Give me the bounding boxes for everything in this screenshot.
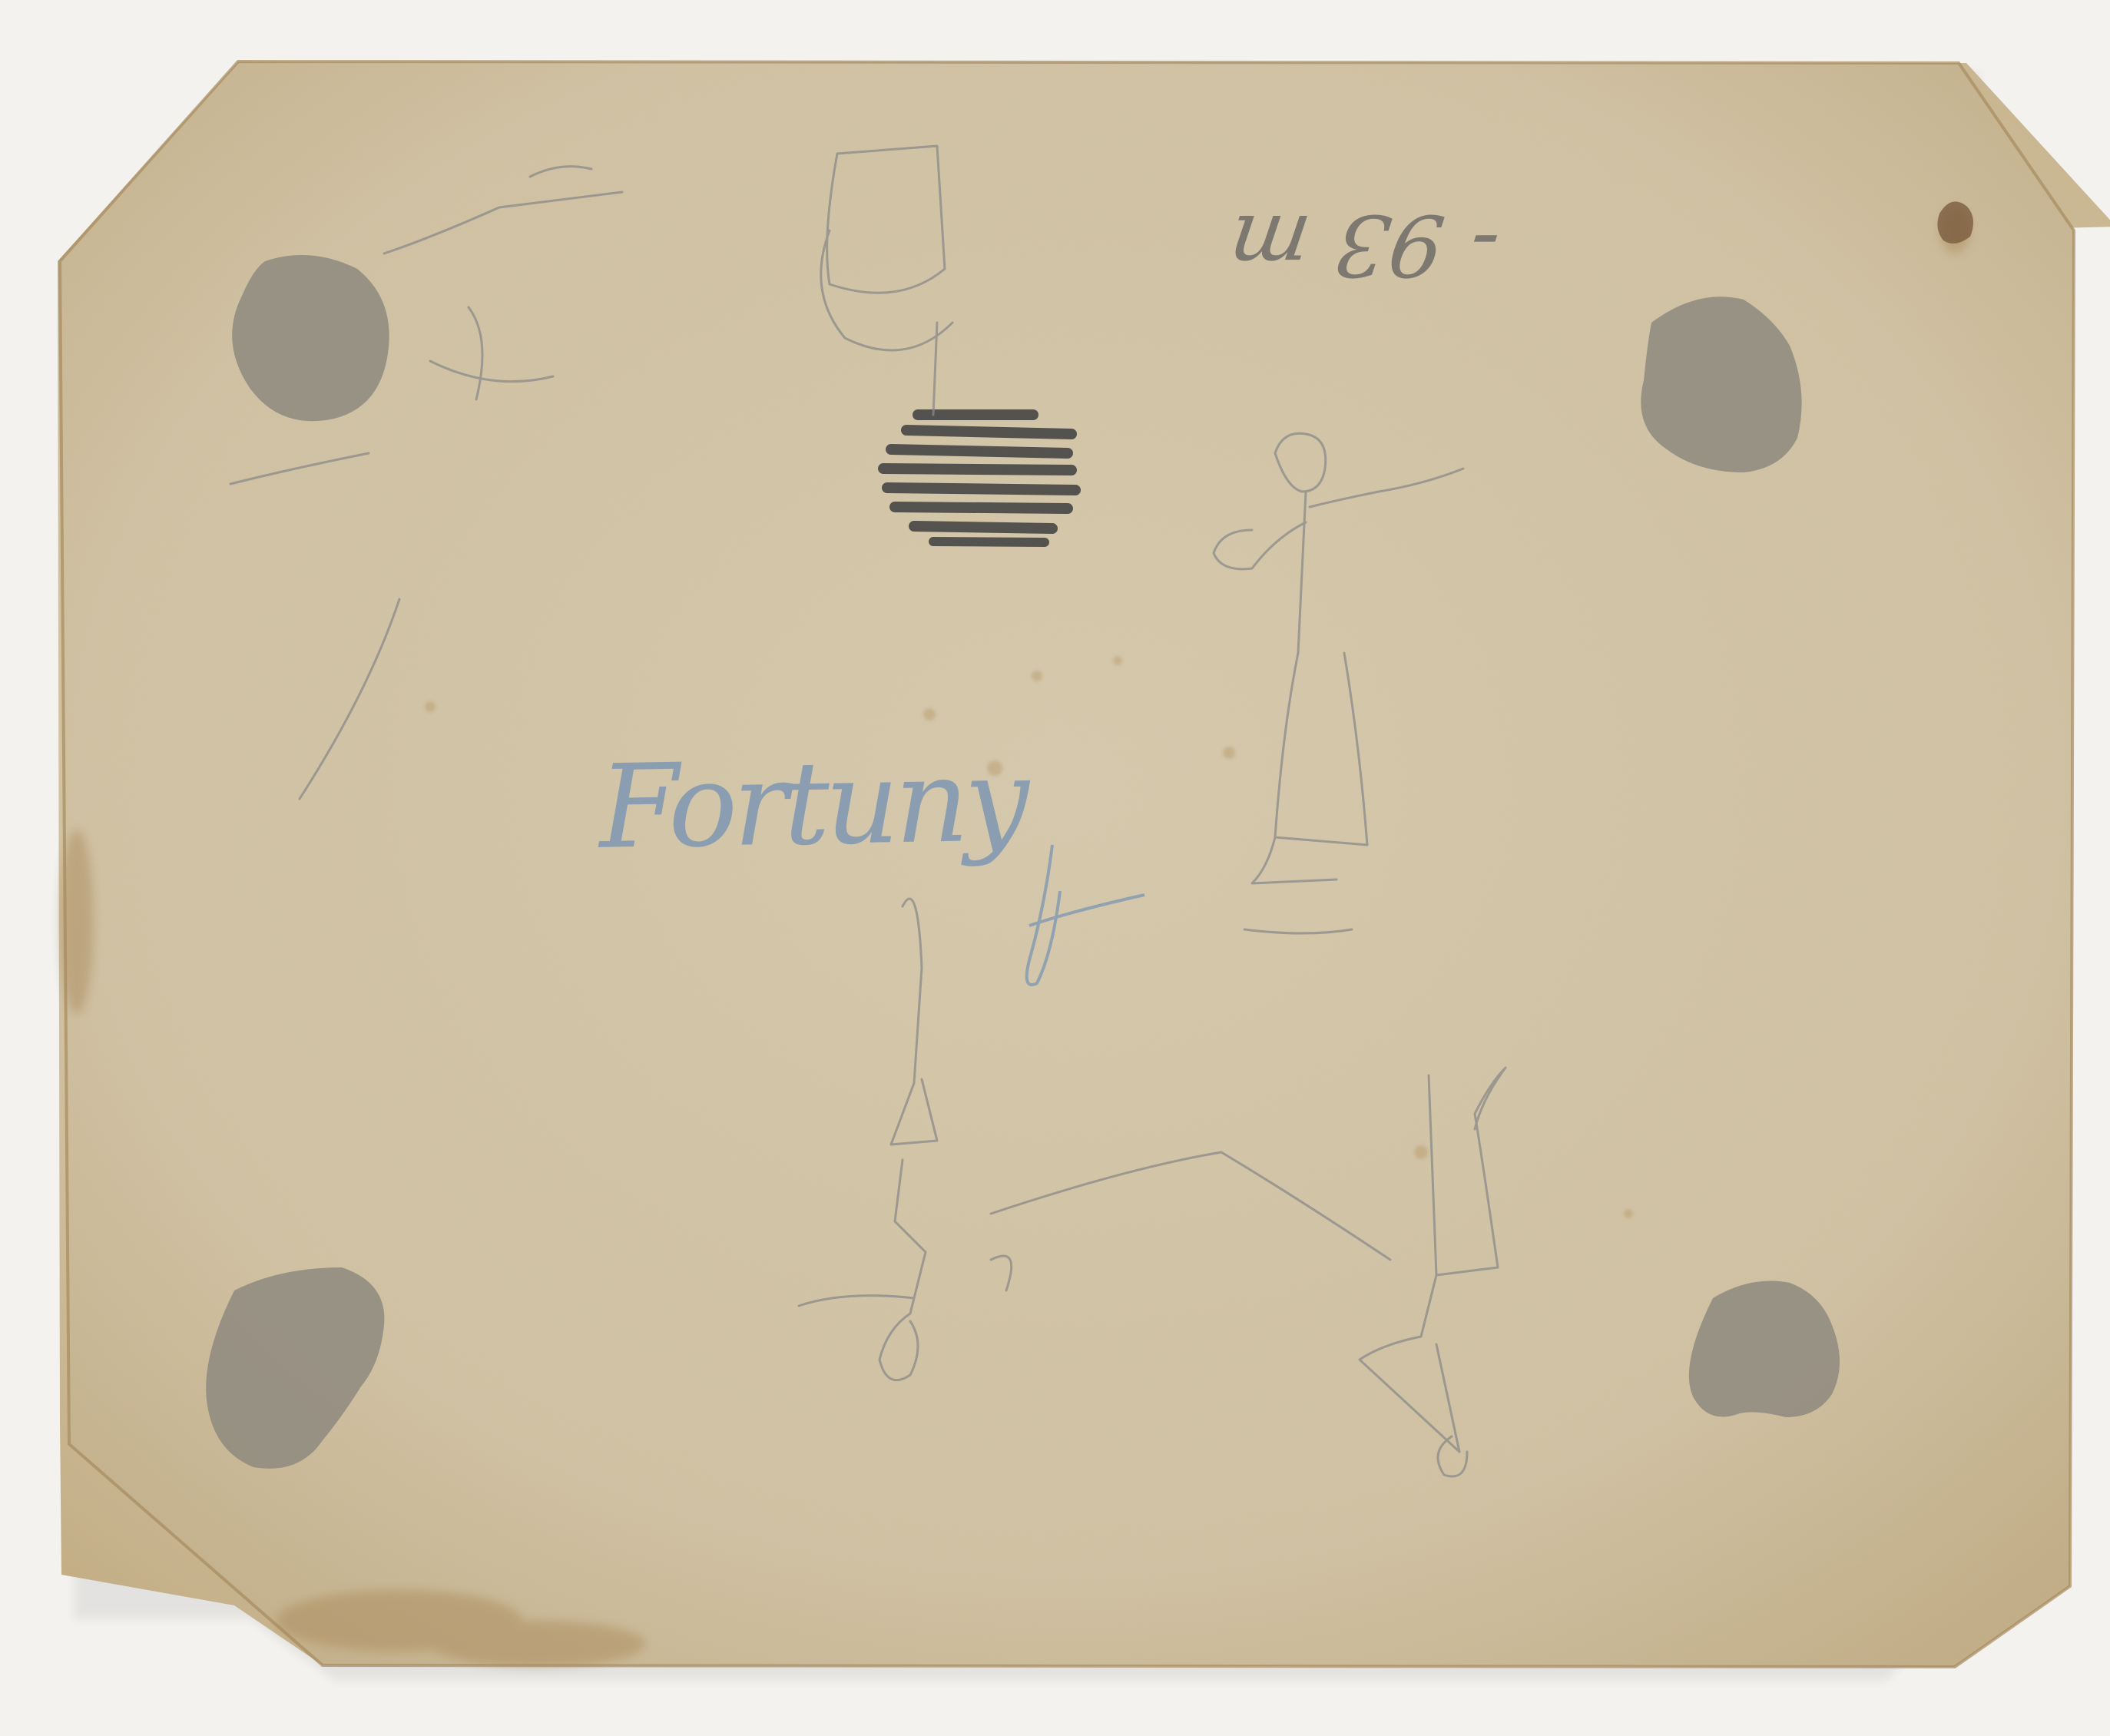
paper-sheet-scan: [0, 0, 2110, 1736]
stain-bottom-right: [1689, 1281, 1840, 1418]
